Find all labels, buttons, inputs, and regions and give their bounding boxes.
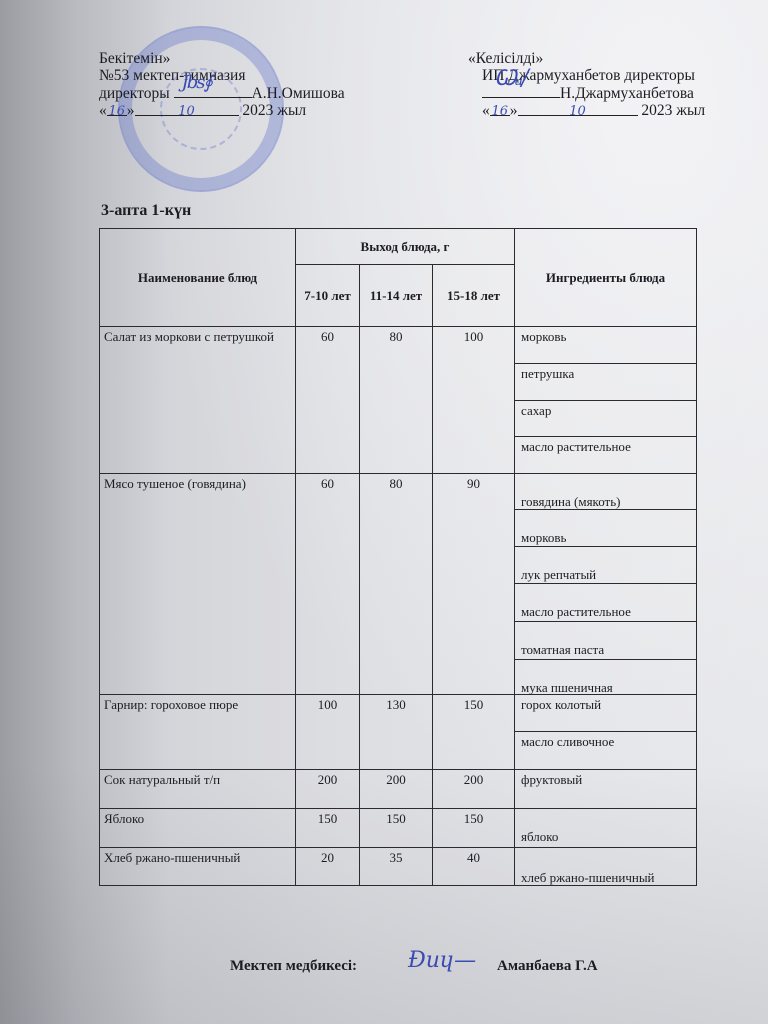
approval-date-month: 10: [178, 104, 195, 119]
agreement-signature: Ꞷᵤ/: [494, 70, 527, 87]
dish-name: Сок натуральный т/п: [100, 770, 296, 809]
yield-value: 40: [433, 848, 515, 886]
approval-title: Бекітемін»: [99, 50, 345, 67]
ingredient-item: масло растительное: [515, 584, 696, 622]
yield-value: 60: [296, 327, 360, 474]
approval-signature-blank: Jbs∮: [174, 84, 252, 98]
yield-value: 80: [360, 474, 433, 695]
ingredient-item: морковь: [515, 510, 696, 547]
yield-value: 150: [296, 809, 360, 848]
ingredient-item: говядина (мякоть): [515, 474, 696, 510]
table-row: Салат из моркови с петрушкой6080100морко…: [100, 327, 697, 474]
ingredient-item: сахар: [515, 401, 696, 437]
agreement-director-line: Ꞷᵤ/ Н.Джармуханбетова: [468, 84, 705, 102]
ingredient-item: томатная паста: [515, 622, 696, 660]
agreement-signature-blank: Ꞷᵤ/: [482, 84, 560, 98]
agreement-date-day-blank: 16: [490, 102, 510, 116]
yield-value: 100: [433, 327, 515, 474]
yield-value: 200: [360, 770, 433, 809]
date-quote-open: «: [99, 102, 107, 119]
yield-value: 80: [360, 327, 433, 474]
agreement-title: «Келісілді»: [468, 50, 705, 67]
date-quote-open: «: [482, 102, 490, 119]
ingredients-cell: яблоко: [515, 809, 697, 848]
yield-value: 150: [433, 809, 515, 848]
ingredient-item: хлеб ржано-пшеничный: [515, 848, 696, 885]
header-age-11-14: 11-14 лет: [360, 265, 433, 327]
ingredient-item: фруктовый: [515, 770, 696, 808]
table-row: Яблоко150150150яблоко: [100, 809, 697, 848]
nurse-label: Мектеп медбикесі:: [230, 958, 357, 975]
dish-name: Салат из моркови с петрушкой: [100, 327, 296, 474]
table-row: Хлеб ржано-пшеничный203540хлеб ржано-пше…: [100, 848, 697, 886]
day-title: 3-апта 1-күн: [101, 202, 191, 220]
yield-value: 150: [433, 695, 515, 770]
yield-value: 200: [296, 770, 360, 809]
menu-table: Наименование блюд Выход блюда, г Ингреди…: [99, 228, 697, 886]
approval-signature: Jbs∮: [182, 74, 211, 91]
header-ingredients: Ингредиенты блюда: [515, 229, 697, 327]
approval-date-line: «16»10 2023 жыл: [99, 102, 345, 119]
agreement-date-month: 10: [569, 104, 586, 119]
ingredient-item: яблоко: [515, 809, 696, 847]
header-yield: Выход блюда, г: [296, 229, 515, 265]
approval-director-name: А.Н.Омишова: [252, 85, 345, 102]
dish-name: Мясо тушеное (говядина): [100, 474, 296, 695]
ingredients-cell: хлеб ржано-пшеничный: [515, 848, 697, 886]
yield-value: 200: [433, 770, 515, 809]
agreement-date-day: 16: [491, 104, 508, 119]
header-dish-name: Наименование блюд: [100, 229, 296, 327]
ingredient-item: лук репчатый: [515, 547, 696, 584]
nurse-signature: Ɖuɥ—: [408, 948, 476, 973]
table-row: Мясо тушеное (говядина)608090говядина (м…: [100, 474, 697, 695]
approval-school: №53 мектеп-гимназия: [99, 67, 345, 84]
header-age-7-10: 7-10 лет: [296, 265, 360, 327]
table-row: Гарнир: гороховое пюре100130150горох кол…: [100, 695, 697, 770]
approval-date-month-blank: 10: [135, 102, 239, 116]
approval-block: Бекітемін» №53 мектеп-гимназия директоры…: [99, 50, 345, 119]
ingredient-item: морковь: [515, 327, 696, 364]
approval-date-year: 2023 жыл: [242, 102, 306, 119]
ingredient-item: петрушка: [515, 364, 696, 401]
ingredients-cell: говядина (мякоть)морковьлук репчатыймасл…: [515, 474, 697, 695]
yield-value: 20: [296, 848, 360, 886]
header-age-15-18: 15-18 лет: [433, 265, 515, 327]
approval-director-label: директоры: [99, 85, 170, 102]
ingredient-item: мука пшеничная: [515, 660, 696, 694]
agreement-director-name: Н.Джармуханбетова: [560, 85, 694, 102]
nurse-name: Аманбаева Г.А: [497, 958, 598, 975]
agreement-date-line: «16»10 2023 жыл: [468, 102, 705, 119]
date-quote-close: »: [510, 102, 518, 119]
date-quote-close: »: [127, 102, 135, 119]
yield-value: 60: [296, 474, 360, 695]
dish-name: Гарнир: гороховое пюре: [100, 695, 296, 770]
agreement-date-month-blank: 10: [518, 102, 638, 116]
yield-value: 130: [360, 695, 433, 770]
agreement-block: «Келісілді» ИП Джармуханбетов директоры …: [468, 50, 705, 119]
approval-date-day-blank: 16: [107, 102, 127, 116]
ingredients-cell: фруктовый: [515, 770, 697, 809]
yield-value: 90: [433, 474, 515, 695]
table-row: Сок натуральный т/п200200200фруктовый: [100, 770, 697, 809]
yield-value: 150: [360, 809, 433, 848]
yield-value: 100: [296, 695, 360, 770]
ingredient-item: масло растительное: [515, 437, 696, 473]
dish-name: Хлеб ржано-пшеничный: [100, 848, 296, 886]
yield-value: 35: [360, 848, 433, 886]
ingredient-item: масло сливочное: [515, 732, 696, 769]
ingredients-cell: горох колотыймасло сливочное: [515, 695, 697, 770]
agreement-date-year: 2023 жыл: [641, 102, 705, 119]
dish-name: Яблоко: [100, 809, 296, 848]
ingredient-item: горох колотый: [515, 695, 696, 732]
approval-date-day: 16: [108, 104, 125, 119]
ingredients-cell: морковьпетрушкасахармасло растительное: [515, 327, 697, 474]
approval-director-line: директоры Jbs∮ А.Н.Омишова: [99, 84, 345, 102]
